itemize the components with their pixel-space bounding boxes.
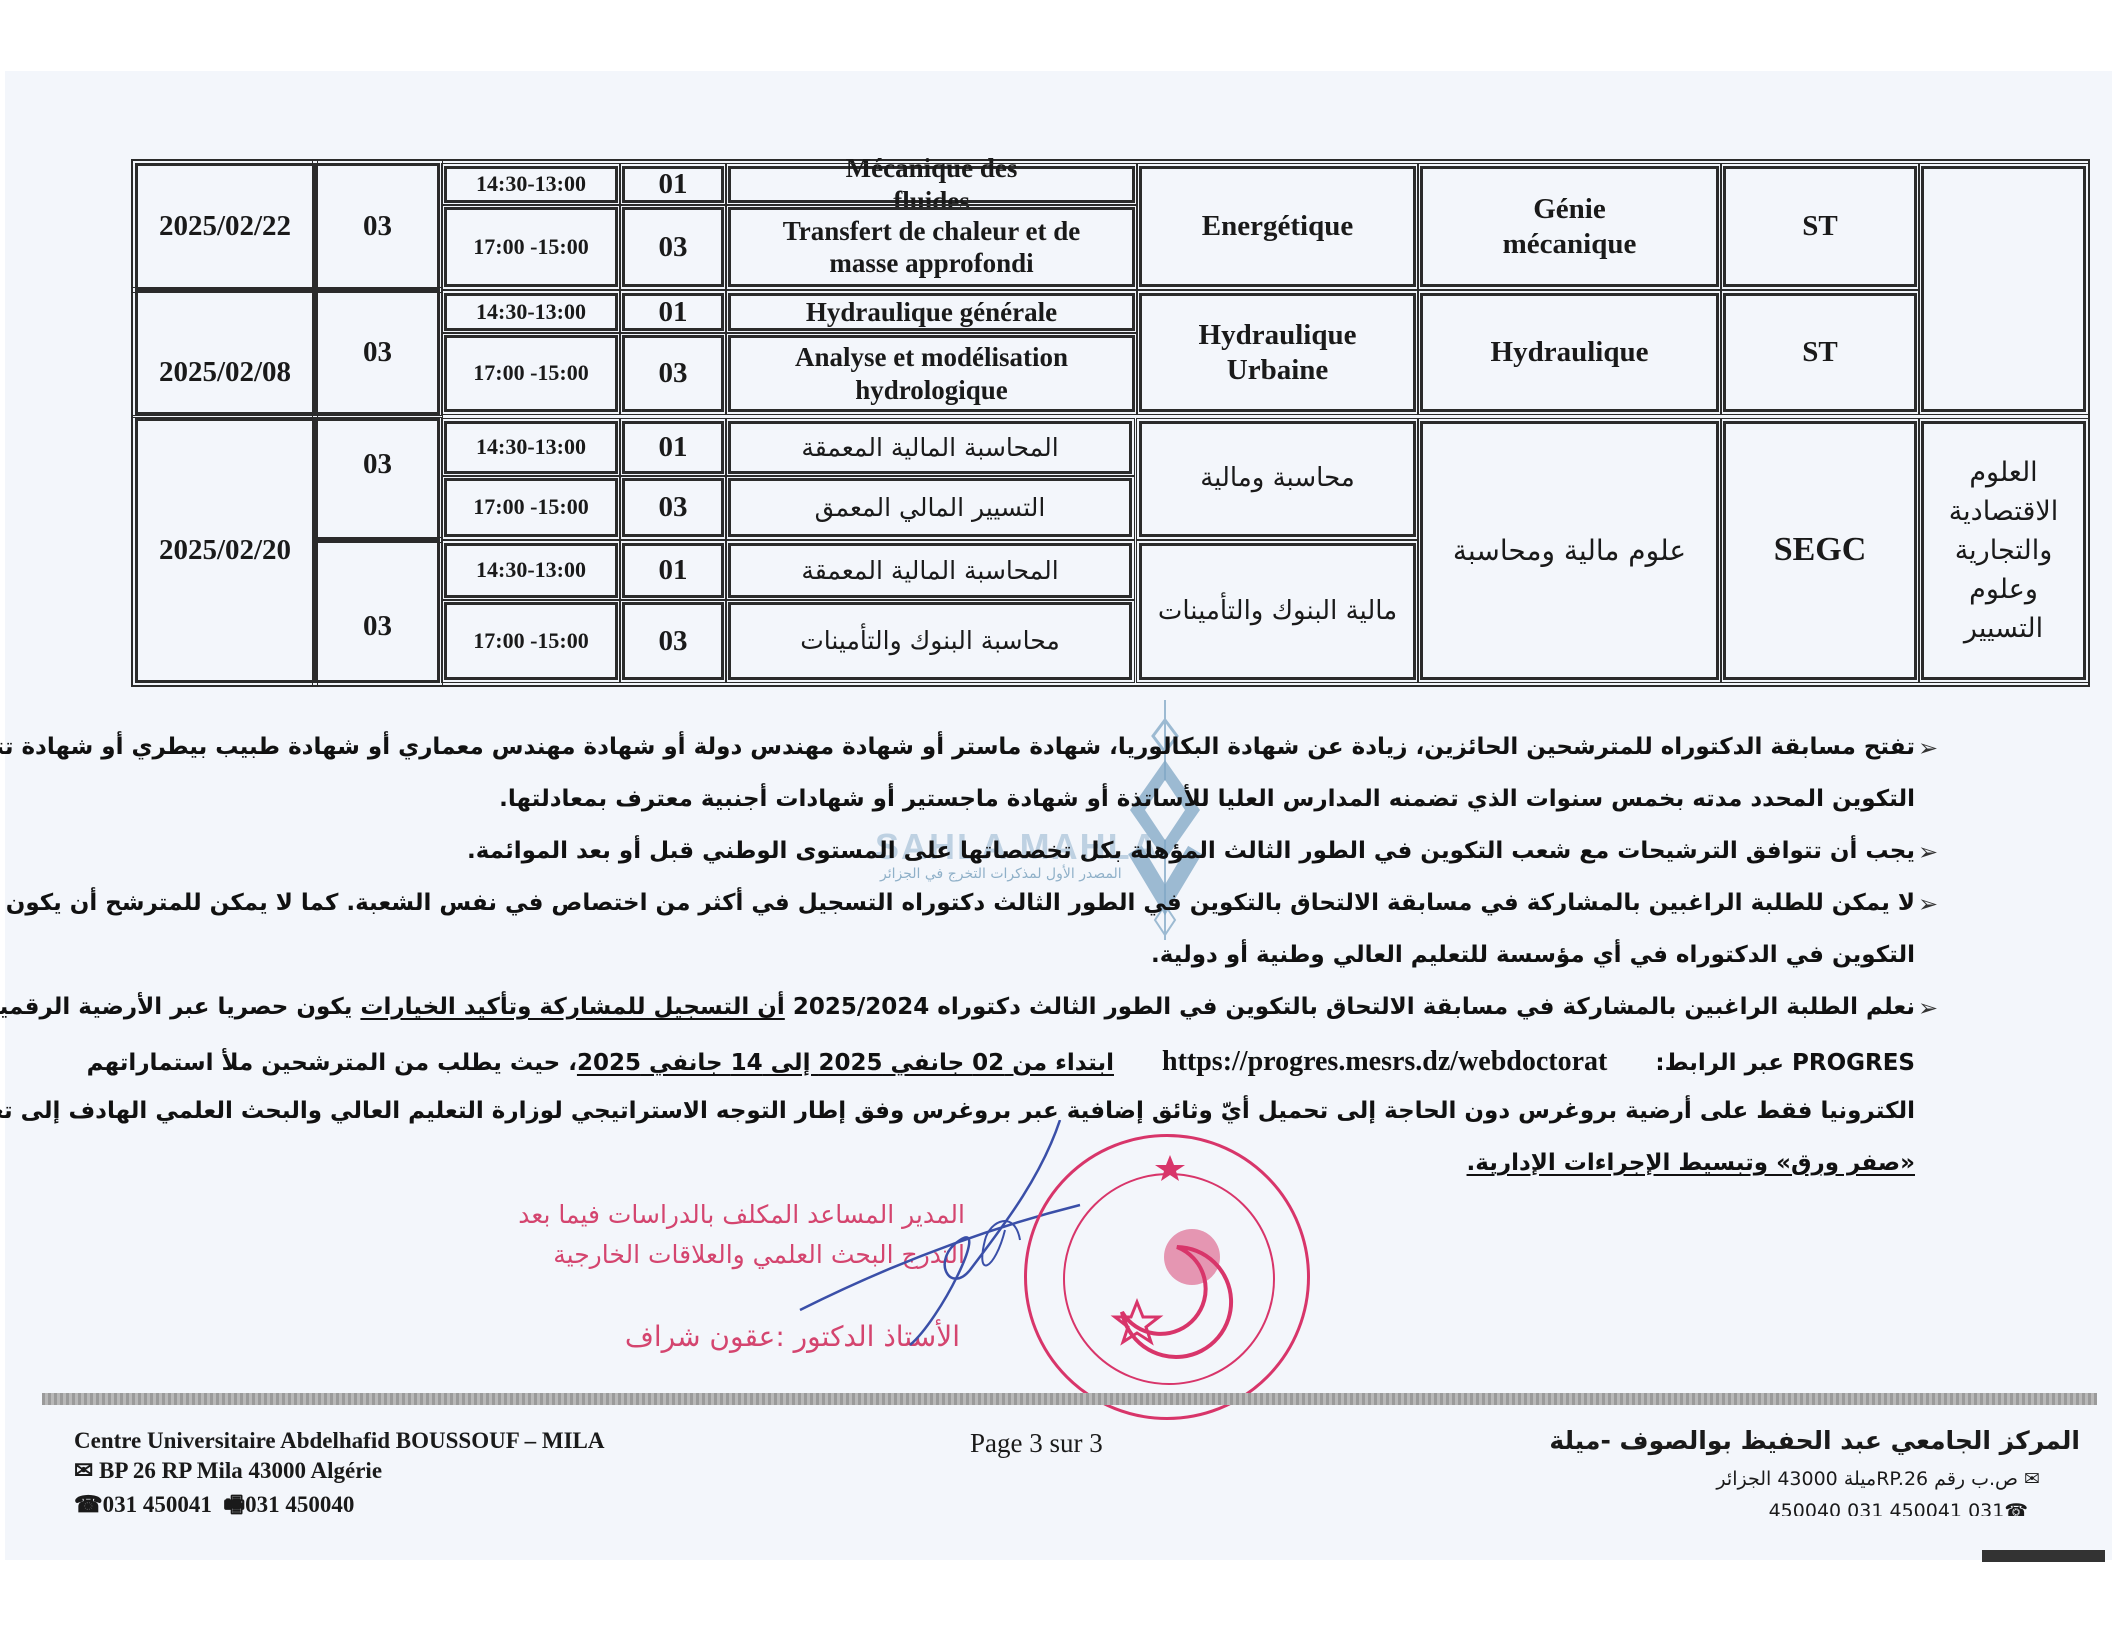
time-cell: 14:30-13:00 [444, 543, 618, 598]
module-name: محاسبة البنوك والتأمينات [800, 626, 1060, 656]
coef-value: 03 [659, 230, 688, 265]
time-cell: 17:00 -15:00 [444, 602, 618, 680]
coef-cell: 01 [622, 543, 724, 598]
official-stamp [1024, 1134, 1310, 1420]
domain-cell: ST [1723, 293, 1917, 412]
exam-date-cell: 2025/02/22 [135, 163, 315, 290]
note-4-line-2: PROGRES عبر الرابط: https://progres.mesr… [87, 1046, 1915, 1078]
note-4-text: ، حيث يطلب من المترشحين ملأ استماراتهم [87, 1050, 577, 1076]
coef-cell: 01 [622, 166, 724, 203]
module-name: Hydraulique générale [806, 296, 1057, 328]
coef-value: 03 [659, 356, 688, 391]
time-cell: 14:30-13:00 [444, 421, 618, 474]
coef-cell: 01 [622, 293, 724, 331]
filiere-cell: Génie mécanique [1420, 166, 1719, 287]
time-cell: 17:00 -15:00 [444, 478, 618, 537]
note-3-line-1: لا يمكن للطلبة الراغبين بالمشاركة في مسا… [0, 890, 1915, 916]
time-value: 17:00 -15:00 [473, 628, 588, 654]
progres-url-link[interactable]: https://progres.mesrs.dz/webdoctorat [1162, 1046, 1607, 1077]
footer-contact-ar-text: 031 450041 031 450040 [1769, 1500, 2005, 1516]
note-1-line-2: التكوين المحدد مدته بخمس سنوات الذي تضمن… [499, 786, 1915, 812]
footer-address-text: BP 26 RP Mila 43000 Algérie [99, 1458, 382, 1483]
count-value: 03 [363, 447, 392, 482]
exam-date-cell: 2025/02/20 [135, 418, 315, 683]
module-cell: محاسبة البنوك والتأمينات [728, 602, 1132, 680]
note-4-line-1: نعلم الطلبة الراغبين بالمشاركة في مسابقة… [0, 994, 1915, 1020]
note-4-underlined: أن التسجيل للمشاركة وتأكيد الخيارات [360, 994, 784, 1020]
footer-contact-fr: ☎031 450041 🖷031 450040 [74, 1488, 354, 1527]
time-value: 17:00 -15:00 [473, 360, 588, 386]
domain-code: ST [1802, 335, 1837, 370]
note-4-text: PROGRES عبر الرابط: [1655, 1050, 1915, 1076]
count-cell: 03 [315, 163, 440, 290]
footer-fax: 031 450040 [245, 1492, 354, 1517]
scan-edge-mark [1982, 1550, 2105, 1562]
coef-value: 03 [659, 624, 688, 659]
module-name: المحاسبة المالية المعمقة [801, 433, 1058, 463]
page-number: Page 3 sur 3 [970, 1428, 1103, 1459]
specialty-cell: Energétique [1139, 166, 1416, 287]
bullet-arrow-icon: ➢ [1918, 890, 1938, 918]
stamp-emblem-icon [1027, 1137, 1313, 1423]
domain-code: ST [1802, 209, 1837, 244]
note-3-line-2: التكوين في الدكتوراه في أي مؤسسة للتعليم… [1151, 942, 1915, 968]
module-cell: Transfert de chaleur et de masse approfo… [728, 207, 1135, 287]
footer-contact-ar: ☎031 450041 031 450040 [1769, 1500, 2028, 1516]
coef-value: 01 [659, 167, 688, 202]
module-cell: التسيير المالي المعمق [728, 478, 1132, 537]
time-value: 14:30-13:00 [476, 434, 586, 460]
time-value: 14:30-13:00 [476, 171, 586, 197]
filiere-cell: Hydraulique [1420, 293, 1719, 412]
module-cell: Analyse et modélisation hydrologique [728, 335, 1135, 412]
note-4-text: يكون حصريا عبر الأرضية الرقمية [0, 994, 360, 1020]
coef-cell: 03 [622, 478, 724, 537]
exam-date: 2025/02/08 [159, 355, 291, 390]
count-value: 03 [363, 209, 392, 244]
specialty-cell: Hydraulique Urbaine [1139, 293, 1416, 412]
faculty-cell-st [1921, 166, 2086, 412]
bullet-arrow-icon: ➢ [1918, 734, 1938, 762]
module-cell: Mécanique des fluides [728, 166, 1135, 203]
module-name: Transfert de chaleur et de masse approfo… [757, 215, 1107, 280]
count-value: 03 [363, 335, 392, 370]
exam-date: 2025/02/20 [159, 533, 291, 568]
time-cell: 14:30-13:00 [444, 293, 618, 331]
specialty-cell: محاسبة ومالية [1139, 421, 1416, 537]
module-cell: Hydraulique générale [728, 293, 1135, 331]
faculty-name: العلوم الاقتصادية والتجارية وعلوم التسيي… [1944, 453, 2064, 649]
filiere-name: Hydraulique [1491, 335, 1649, 370]
coef-cell: 01 [622, 421, 724, 474]
specialty-name: Hydraulique Urbaine [1193, 318, 1363, 388]
mail-icon: ✉ [74, 1458, 99, 1483]
note-1-line-1: تفتح مسابقة الدكتوراه للمترشحين الحائزين… [0, 734, 1915, 760]
time-cell: 17:00 -15:00 [444, 335, 618, 412]
module-cell: المحاسبة المالية المعمقة [728, 421, 1132, 474]
footer-address-fr: ✉ BP 26 RP Mila 43000 Algérie [74, 1458, 382, 1484]
time-value: 14:30-13:00 [476, 299, 586, 325]
specialty-name: مالية البنوك والتأمينات [1158, 596, 1397, 627]
domain-cell: ST [1723, 166, 1917, 287]
faculty-cell-segc: العلوم الاقتصادية والتجارية وعلوم التسيي… [1921, 421, 2086, 680]
count-cell: 03 [315, 540, 440, 683]
domain-code: SEGC [1774, 530, 1867, 571]
domain-cell: SEGC [1723, 421, 1917, 680]
footer-institution-fr: Centre Universitaire Abdelhafid BOUSSOUF… [74, 1428, 605, 1454]
coef-cell: 03 [622, 602, 724, 680]
note-4-line-4: «صفر ورق» وتبسيط الإجراءات الإدارية. [1467, 1150, 1915, 1176]
footer-institution-ar: المركز الجامعي عبد الحفيظ بوالصوف -ميلة [1549, 1426, 2080, 1455]
coef-cell: 03 [622, 335, 724, 412]
bullet-arrow-icon: ➢ [1918, 994, 1938, 1022]
time-value: 17:00 -15:00 [473, 234, 588, 260]
count-cell: 03 [315, 418, 440, 540]
coef-cell: 03 [622, 207, 724, 287]
time-value: 14:30-13:00 [476, 557, 586, 583]
count-value: 03 [363, 609, 392, 644]
count-cell: 03 [315, 290, 440, 415]
phone-icon: ☎ [2004, 1500, 2028, 1516]
time-cell: 14:30-13:00 [444, 166, 618, 203]
note-2-line-1: يجب أن تتوافق الترشيحات مع شعب التكوين ف… [467, 838, 1915, 864]
watermark-tagline: المصدر الأول لمذكرات التخرج في الجزائر [880, 866, 1122, 882]
module-name: التسيير المالي المعمق [815, 493, 1046, 523]
coef-value: 01 [659, 295, 688, 330]
footer-address-ar: ✉ ص.ب رقم RP.26ميلة 43000 الجزائر [1716, 1468, 2040, 1490]
footer-divider [42, 1393, 2097, 1405]
filiere-name: علوم مالية ومحاسبة [1453, 534, 1686, 568]
module-name: المحاسبة المالية المعمقة [801, 556, 1058, 586]
phone-icon: ☎ [74, 1492, 103, 1517]
bullet-arrow-icon: ➢ [1918, 838, 1938, 866]
coef-value: 03 [659, 490, 688, 525]
coef-value: 01 [659, 430, 688, 465]
module-name: Analyse et modélisation hydrologique [767, 341, 1097, 406]
footer-address-ar-text: ص.ب رقم RP.26ميلة 43000 الجزائر [1716, 1468, 2018, 1490]
time-cell: 17:00 -15:00 [444, 207, 618, 287]
registration-dates: ابتداء من 02 جانفي 2025 إلى 14 جانفي 202… [577, 1050, 1114, 1076]
footer-phone: 031 450041 [103, 1492, 212, 1517]
exam-date-cell: 2025/02/08 [135, 290, 315, 415]
note-4-text: نعلم الطلبة الراغبين بالمشاركة في مسابقة… [785, 994, 1915, 1020]
specialty-name: Energétique [1202, 209, 1353, 244]
exam-date: 2025/02/22 [159, 209, 291, 244]
mail-icon: ✉ [2018, 1468, 2040, 1490]
filiere-name: Génie mécanique [1490, 192, 1650, 262]
filiere-cell: علوم مالية ومحاسبة [1420, 421, 1719, 680]
fax-icon: 🖷 [223, 1492, 245, 1517]
note-4-underlined: «صفر ورق» وتبسيط الإجراءات الإدارية. [1467, 1150, 1915, 1176]
time-value: 17:00 -15:00 [473, 494, 588, 520]
specialty-cell: مالية البنوك والتأمينات [1139, 543, 1416, 680]
module-cell: المحاسبة المالية المعمقة [728, 543, 1132, 598]
specialty-name: محاسبة ومالية [1200, 463, 1355, 494]
coef-value: 01 [659, 553, 688, 588]
